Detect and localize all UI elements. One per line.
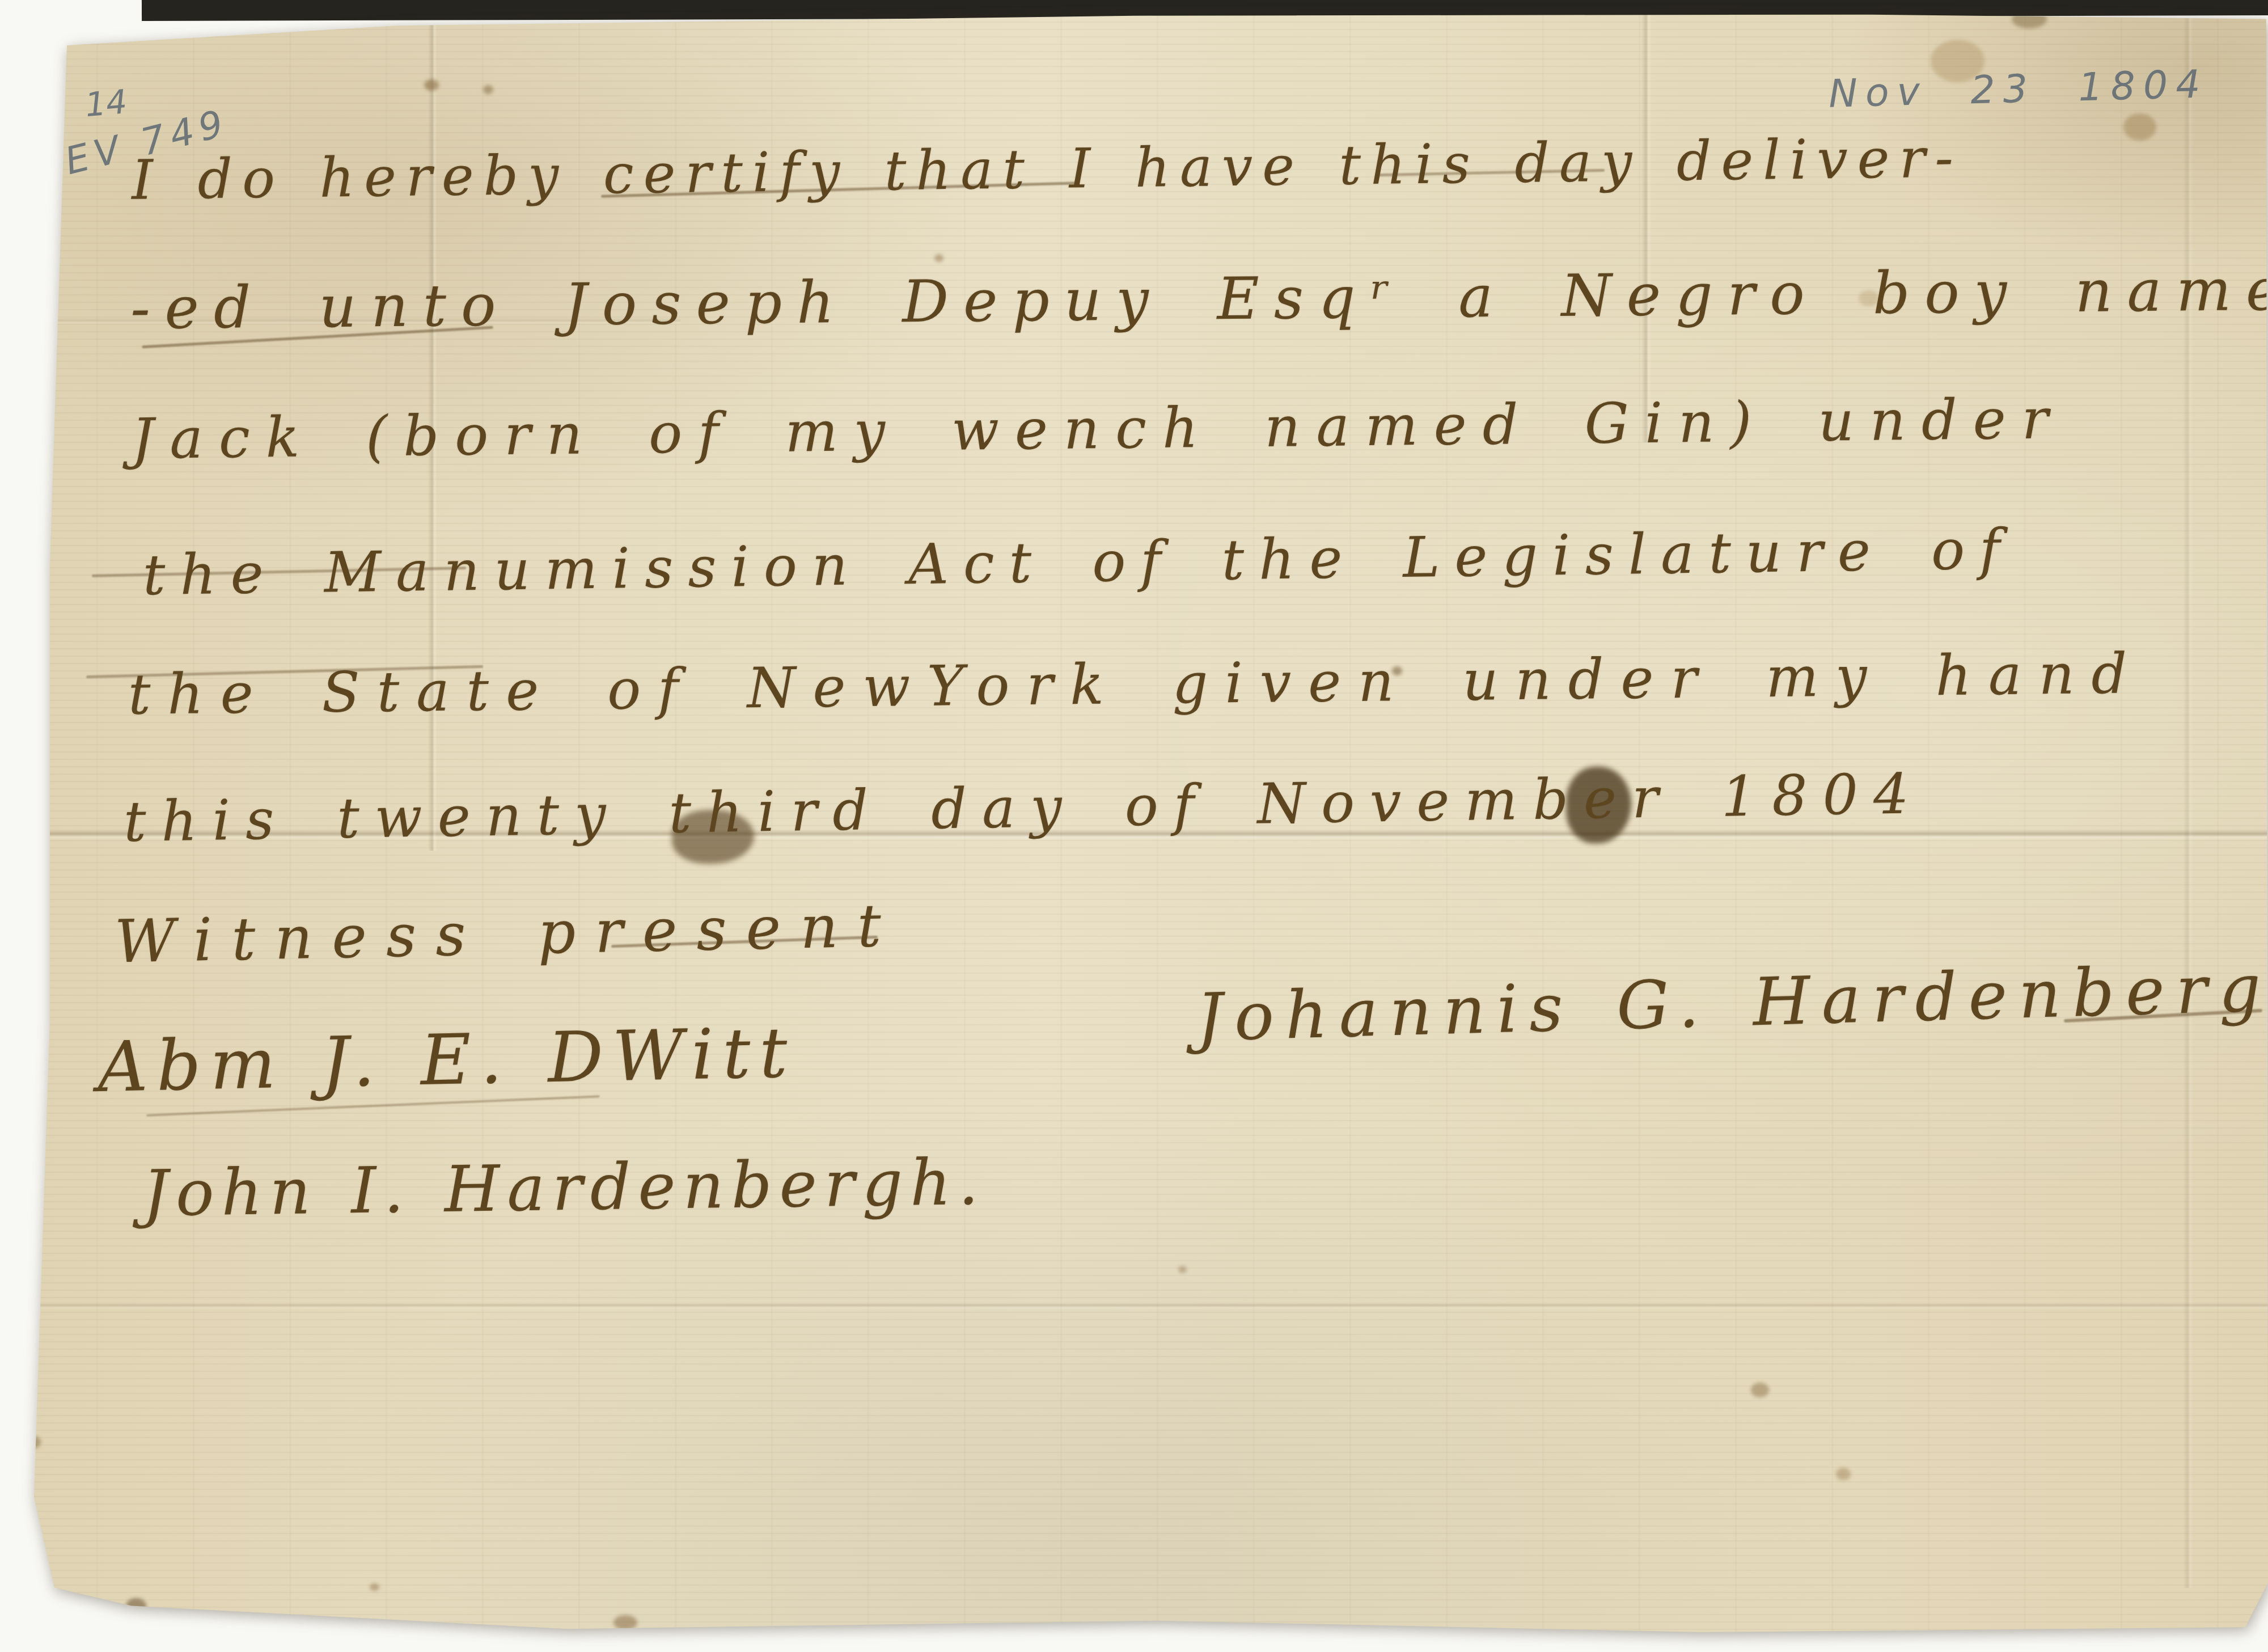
paper-shadow: 14 EV 749 Nov 23 1804 I do hereby certif… <box>0 0 2268 1652</box>
foxing-spot <box>26 1436 41 1448</box>
foxing-spot <box>483 85 493 94</box>
foxing-spot <box>424 79 439 91</box>
foxing-spot <box>1751 1383 1769 1397</box>
foxing-spot <box>1178 1266 1187 1273</box>
scanned-document-page: { "archival_marks": { "top_left_number":… <box>0 0 2268 1652</box>
manuscript-paper: 14 EV 749 Nov 23 1804 I do hereby certif… <box>0 0 2268 1652</box>
stain <box>2123 113 2156 141</box>
foxing-spot <box>613 1615 637 1630</box>
archival-number: 14 <box>83 82 128 124</box>
foxing-spot <box>1836 1468 1851 1480</box>
witness-signature-2: John I. Hardenbergh. <box>142 1146 986 1231</box>
foxing-spot <box>126 1598 146 1614</box>
stain <box>2012 10 2047 28</box>
foxing-spot <box>934 254 943 262</box>
witness-signature-1: Abm J. E. DWitt <box>97 1012 797 1108</box>
foxing-spot <box>370 1583 379 1591</box>
